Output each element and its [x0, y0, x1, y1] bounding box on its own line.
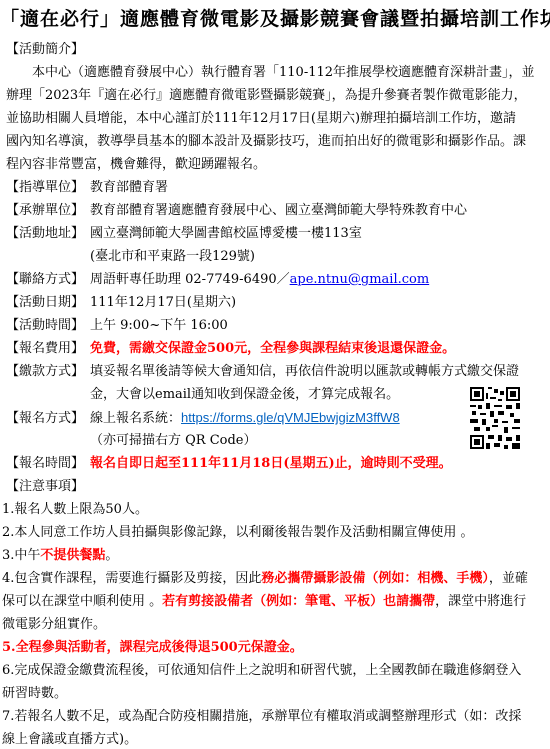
intro-line: 程內容非常豐富，機會難得，歡迎踴躍報名。	[6, 156, 266, 174]
time-row: 【活動時間】上午 9:00~下午 16:00	[6, 317, 228, 335]
guide-unit-row: 【指導單位】教育部體育署	[6, 179, 168, 197]
address-row: 【活動地址】國立臺灣師範大學圖書館校區博愛樓一樓113室	[6, 225, 362, 243]
contact-label: 【聯絡方式】	[6, 271, 90, 289]
note-item-cont: 保可以在課堂中順利使用 。若有剪接設備者（例如：筆電、平板）也請攜帶，課堂中將進…	[2, 593, 526, 611]
intro-line: 辦理「2023年『適在必行』適應體育微電影暨攝影競賽」，為提升參賽者製作微電影能…	[6, 87, 527, 105]
host-unit-row: 【承辦單位】教育部體育署適應體育發展中心、國立臺灣師範大學特殊教育中心	[6, 202, 467, 220]
guide-unit-value: 教育部體育署	[90, 180, 168, 195]
address-value: 國立臺灣師範大學圖書館校區博愛樓一樓113室	[90, 226, 362, 241]
page-title: 「適在必行」適應體育微電影及攝影競賽會議暨拍攝培訓工作坊	[0, 4, 550, 31]
address-label: 【活動地址】	[6, 225, 90, 243]
time-value: 上午 9:00~下午 16:00	[90, 318, 228, 333]
fee-row: 【報名費用】免費，需繳交保證金500元，全程參與課程結束後退還保證金。	[6, 340, 455, 358]
note-text: 。	[105, 548, 118, 563]
guide-unit-label: 【指導單位】	[6, 179, 90, 197]
note-text: ，並確	[489, 571, 528, 586]
note-item: 4.包含實作課程，需要進行攝影及剪接，因此務必攜帶攝影設備（例如：相機、手機），…	[2, 570, 528, 588]
intro-line: 本中心（適應體育發展中心）執行體育署「110-112年推展學校適應體育深耕計畫」…	[6, 64, 535, 82]
note-item-cont: 研習時數。	[2, 685, 67, 703]
host-unit-value: 教育部體育署適應體育發展中心、國立臺灣師範大學特殊教育中心	[90, 203, 467, 218]
note-item: 6.完成保證金繳費流程後，可依通知信件上之說明和研習代號，上全國教師在職進修網登…	[2, 662, 521, 680]
signup-value-2: （亦可掃描右方 QR Code）	[90, 432, 257, 450]
signup-value: 線上報名系統：	[90, 411, 181, 426]
intro-line: 並協助相關人員增能，本中心謹訂於111年12月17日(星期六)辦理拍攝培訓工作坊…	[6, 110, 516, 128]
note-text: 保可以在課堂中順利使用 。	[2, 594, 162, 609]
date-value: 111年12月17日(星期六)	[90, 295, 236, 310]
payment-row: 【繳款方式】填妥報名單後請等候大會通知信，再依信件說明以匯款或轉帳方式繳交保證	[6, 363, 519, 381]
note-highlight: 務必攜帶攝影設備（例如：相機、手機）	[261, 571, 489, 586]
signup-row: 【報名方式】線上報名系統：https://forms.gle/qVMJEbwjg…	[6, 409, 400, 428]
date-label: 【活動日期】	[6, 294, 90, 312]
signup-time-label: 【報名時間】	[6, 455, 90, 473]
note-item: 2.本人同意工作坊人員拍攝與影像記錄，以利爾後報告製作及活動相關宣傳使用 。	[2, 524, 474, 542]
qr-code-icon	[468, 385, 522, 451]
fee-value: 免費，需繳交保證金500元，全程參與課程結束後退還保證金。	[90, 341, 455, 356]
contact-row: 【聯絡方式】周語軒專任助理 02-7749-6490／ape.ntnu@gmai…	[6, 271, 429, 289]
notes-heading: 【注意事項】	[6, 478, 84, 496]
signup-time-row: 【報名時間】報名自即日起至111年11月18日(星期五)止，逾時則不受理。	[6, 455, 452, 473]
note-text: 3.中午	[2, 548, 40, 563]
note-highlight: 不提供餐點	[40, 548, 105, 563]
date-row: 【活動日期】111年12月17日(星期六)	[6, 294, 236, 312]
payment-value-2: 金，大會以email通知收到保證金後，才算完成報名。	[90, 386, 399, 404]
note-item-cont: 微電影分組實作。	[2, 616, 106, 634]
contact-email-link[interactable]: ape.ntnu@gmail.com	[290, 272, 430, 287]
note-highlight: 若有剪接設備者（例如：筆電、平板）也請攜帶	[162, 594, 435, 609]
note-text: ，課堂中將進行	[435, 594, 526, 609]
note-text: 4.包含實作課程，需要進行攝影及剪接，因此	[2, 571, 261, 586]
fee-label: 【報名費用】	[6, 340, 90, 358]
note-item: 7.若報名人數不足，或為配合防疫相關措施，承辦單位有權取消或調整辦理形式（如：改…	[2, 708, 521, 726]
intro-heading: 【活動簡介】	[6, 41, 84, 59]
note-item: 1.報名人數上限為50人。	[2, 501, 148, 519]
host-unit-label: 【承辦單位】	[6, 202, 90, 220]
note-item: 5.全程參與活動者，課程完成後得退500元保證金。	[2, 639, 303, 657]
signup-time-value: 報名自即日起至111年11月18日(星期五)止，逾時則不受理。	[90, 456, 452, 471]
address-value-2: (臺北市和平東路一段129號)	[90, 248, 255, 266]
payment-value: 填妥報名單後請等候大會通知信，再依信件說明以匯款或轉帳方式繳交保證	[90, 364, 519, 379]
note-item: 3.中午不提供餐點。	[2, 547, 118, 565]
intro-line: 國內知名導演，教導學員基本的腳本設計及攝影技巧，進而拍出好的微電影和攝影作品。課	[6, 133, 526, 151]
signup-label: 【報名方式】	[6, 410, 90, 428]
contact-value: 周語軒專任助理 02-7749-6490／	[90, 272, 290, 287]
time-label: 【活動時間】	[6, 317, 90, 335]
payment-label: 【繳款方式】	[6, 363, 90, 381]
signup-form-link[interactable]: https://forms.gle/qVMJEbwjgizM3ffW8	[181, 410, 400, 425]
note-item-cont: 線上會議或直播方式)。	[2, 731, 137, 749]
